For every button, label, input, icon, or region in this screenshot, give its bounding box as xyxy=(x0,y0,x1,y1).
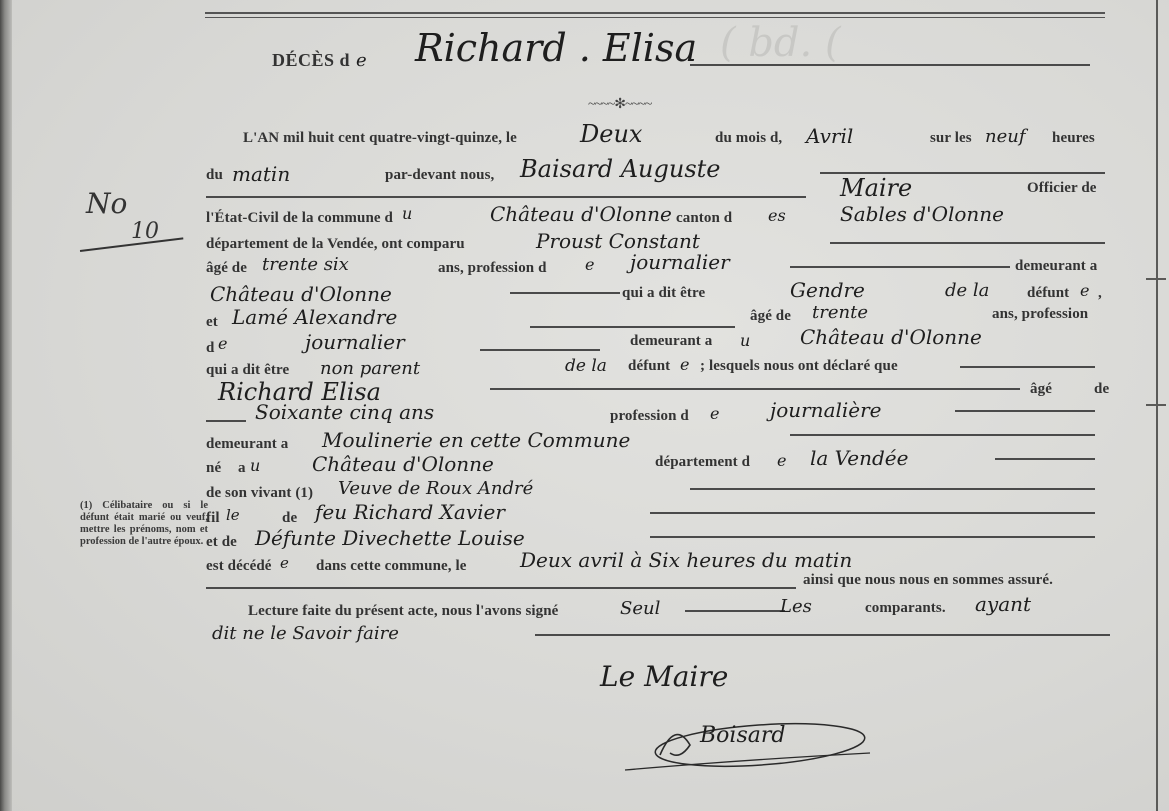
printed-text: canton d xyxy=(676,210,732,227)
handwritten-witness1-profession: journalier xyxy=(630,250,730,274)
printed-text: né xyxy=(206,460,221,477)
printed-text: de xyxy=(282,510,297,527)
printed-text: d xyxy=(206,340,214,357)
printed-text: ans, profession d xyxy=(438,260,547,277)
printed-text: demeurant a xyxy=(206,436,288,453)
printed-text: département d xyxy=(655,454,750,471)
handwritten-suffix: u xyxy=(740,331,750,350)
handwritten-suffix: e xyxy=(1080,281,1089,300)
fill-line xyxy=(955,410,1095,412)
handwritten-witness2-name: Lamé Alexandre xyxy=(232,305,397,329)
printed-text: du mois d, xyxy=(715,130,782,147)
printed-text: du xyxy=(206,167,223,184)
printed-text: comparants. xyxy=(865,600,946,617)
handwritten-suffix: e xyxy=(777,451,786,470)
header-rule xyxy=(205,17,1105,18)
ornament-divider: ~~~~✻~~~~ xyxy=(588,96,651,113)
fill-line xyxy=(960,366,1095,368)
fill-line xyxy=(510,292,620,294)
printed-text: dans cette commune, le xyxy=(316,558,467,575)
handwritten-suffix: e xyxy=(585,255,594,274)
fill-line xyxy=(480,349,600,351)
handwritten-department: la Vendée xyxy=(810,446,908,470)
printed-text: de son vivant (1) xyxy=(206,485,313,502)
printed-text: âgé xyxy=(1030,381,1052,398)
handwritten-period: matin xyxy=(232,162,290,186)
handwritten-witness1-relation: Gendre xyxy=(790,278,865,302)
printed-text: heures xyxy=(1052,130,1095,147)
handwritten-commune: Château d'Olonne xyxy=(490,202,672,226)
handwritten-birthplace: Château d'Olonne xyxy=(312,452,494,476)
printed-text: demeurant a xyxy=(630,333,712,350)
handwritten-suffix: e xyxy=(280,554,289,572)
handwritten-deceased-age: Soixante cinq ans xyxy=(255,400,434,424)
margin-tick xyxy=(1146,404,1166,406)
fill-line xyxy=(995,458,1095,460)
handwritten-suffix: u xyxy=(250,456,260,475)
handwritten-signed-status: Seul xyxy=(620,598,660,619)
printed-text: qui a dit être xyxy=(622,285,705,302)
printed-text: département de la Vendée, ont comparu xyxy=(206,236,465,253)
handwritten-suffix: e xyxy=(710,404,719,423)
handwritten-suffix: u xyxy=(402,204,412,223)
printed-text: âgé de xyxy=(206,260,247,277)
page-binding-edge xyxy=(0,0,12,811)
printed-text: de xyxy=(1094,381,1109,398)
handwritten-suffix: e xyxy=(680,355,689,374)
printed-text: et de xyxy=(206,534,237,551)
printed-text: est décédé xyxy=(206,558,272,575)
fill-line xyxy=(530,326,735,328)
printed-text: Lecture faite du présent acte, nous l'av… xyxy=(248,603,558,620)
printed-text: défunt xyxy=(628,358,670,375)
handwritten-canton: Sables d'Olonne xyxy=(840,202,1004,226)
handwritten-text: de la xyxy=(945,280,989,301)
fill-line xyxy=(685,610,785,612)
margin-footnote: (1) Célibataire ou si le défunt était ma… xyxy=(80,500,208,548)
fill-line xyxy=(206,587,796,589)
printed-text: l'État-Civil de la commune d xyxy=(206,210,393,227)
record-number: No 10 xyxy=(86,190,159,246)
printed-text: âgé de xyxy=(750,308,791,325)
fill-line xyxy=(650,512,1095,514)
signatory-name: Boisard xyxy=(700,723,785,748)
handwritten-deceased-residence: Moulinerie en cette Commune xyxy=(322,428,630,452)
handwritten-witness2-relation: non parent xyxy=(320,358,420,379)
handwritten-suffix: es xyxy=(768,206,786,225)
signatory-title: Le Maire xyxy=(600,660,728,693)
fill-line xyxy=(690,64,1090,66)
printed-text: sur les xyxy=(930,130,972,147)
fill-line xyxy=(535,634,1110,636)
mayor-signature: Boisard xyxy=(620,715,880,785)
handwritten-witness2-profession: journalier xyxy=(305,330,405,354)
deceased-name-header: Richard . Elisa xyxy=(415,26,697,70)
printed-text: profession d xyxy=(610,408,689,425)
margin-tick xyxy=(1146,278,1166,280)
handwritten-witness2-residence: Château d'Olonne xyxy=(800,325,982,349)
fill-line xyxy=(690,488,1095,490)
handwritten-mother: Défunte Divechette Louise xyxy=(255,526,525,550)
record-page: ( bd. ( DÉCÈS d e Richard . Elisa ~~~~✻~… xyxy=(0,0,1169,811)
handwritten-deceased-profession: journalière xyxy=(770,398,882,422)
handwritten-text: de la xyxy=(565,356,607,376)
handwritten-spouse: Veuve de Roux André xyxy=(338,478,533,499)
record-type-title: DÉCÈS d xyxy=(272,50,350,71)
handwritten-role: Maire xyxy=(840,174,912,202)
printed-text: L'AN mil huit cent quatre-vingt-quinze, … xyxy=(243,130,517,147)
record-number-label: No xyxy=(86,187,127,220)
printed-text: Officier de xyxy=(1027,180,1097,197)
printed-text: par-devant nous, xyxy=(385,167,494,184)
fill-line xyxy=(790,434,1095,436)
handwritten-officer-name: Baisard Auguste xyxy=(520,155,720,183)
handwritten-suffix: e xyxy=(218,334,227,353)
printed-text: , xyxy=(1098,285,1102,302)
title-suffix: e xyxy=(356,50,367,71)
handwritten-day: Deux xyxy=(580,120,642,148)
fill-line xyxy=(206,420,246,422)
fill-line xyxy=(790,266,1010,268)
fill-line xyxy=(490,388,1020,390)
printed-text: ; lesquels nous ont déclaré que xyxy=(700,358,898,375)
handwritten-witness1-age: trente six xyxy=(262,254,349,275)
handwritten-text: dit ne le Savoir faire xyxy=(212,623,399,644)
printed-text: fil xyxy=(206,510,220,527)
handwritten-death-datetime: Deux avril à Six heures du matin xyxy=(520,548,852,572)
handwritten-suffix: le xyxy=(226,506,240,524)
printed-text: demeurant a xyxy=(1015,258,1097,275)
handwritten-father: feu Richard Xavier xyxy=(315,500,505,524)
header-rule xyxy=(205,12,1105,14)
fill-line xyxy=(206,196,806,198)
handwritten-witness1-residence: Château d'Olonne xyxy=(210,282,392,306)
bleed-through-text: ( bd. ( xyxy=(720,20,841,66)
handwritten-text: Les xyxy=(780,596,812,617)
printed-text: ainsi que nous nous en sommes assuré. xyxy=(803,572,1053,589)
printed-text: qui a dit être xyxy=(206,362,289,379)
handwritten-month: Avril xyxy=(806,124,853,148)
handwritten-text: ayant xyxy=(975,592,1031,616)
fill-line xyxy=(830,242,1105,244)
handwritten-hour: neuf xyxy=(985,126,1026,147)
printed-text: ans, profession xyxy=(992,306,1088,323)
printed-text: a xyxy=(238,460,246,477)
printed-text: et xyxy=(206,314,218,331)
fill-line xyxy=(650,536,1095,538)
printed-text: défunt xyxy=(1027,285,1069,302)
handwritten-witness2-age: trente xyxy=(812,302,868,323)
